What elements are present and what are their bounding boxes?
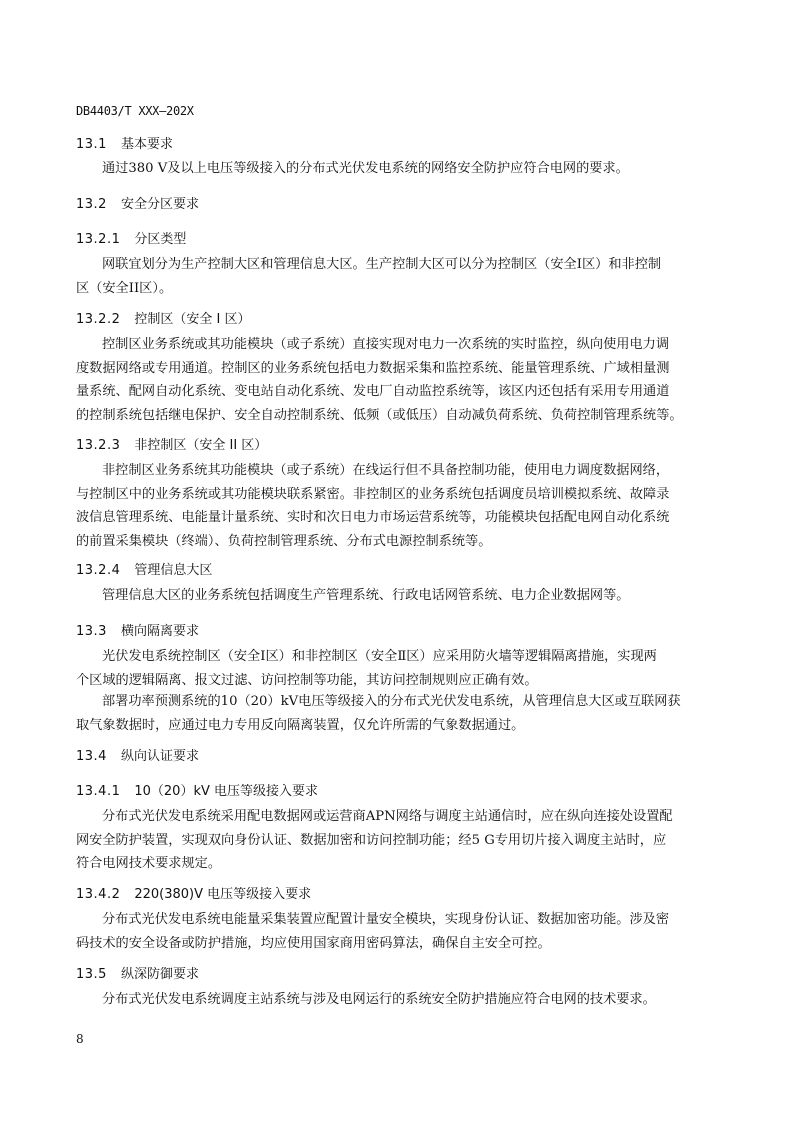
heading-number: 13.3 bbox=[76, 624, 107, 639]
heading-13-4-2: 13.4.2220(380)V 电压等级接入要求 bbox=[76, 883, 311, 902]
text-line: 管理信息大区的业务系统包括调度生产管理系统、行政电话网管系统、电力企业数据网等。 bbox=[76, 584, 700, 608]
text-line: 与控制区中的业务系统或其功能模块联系紧密。非控制区的业务系统包括调度员培训模拟系… bbox=[50, 483, 700, 507]
heading-number: 13.5 bbox=[76, 967, 107, 982]
text-line: 取气象数据时，应通过电力专用反向隔离装置，仅允许所需的气象数据通过。 bbox=[50, 714, 700, 738]
heading-title: 横向隔离要求 bbox=[121, 624, 199, 639]
heading-number: 13.2.3 bbox=[76, 438, 120, 453]
heading-number: 13.4.2 bbox=[76, 887, 120, 902]
text-line: 部署功率预测系统的10（20）kV电压等级接入的分布式光伏发电系统，从管理信息大… bbox=[76, 690, 700, 714]
heading-number: 13.2.1 bbox=[76, 232, 120, 247]
paragraph-13-2-1: 网联宜划分为生产控制大区和管理信息大区。生产控制大区可以分为控制区（安全I区）和… bbox=[76, 253, 700, 300]
text-line: 码技术的安全设备或防护措施，均应使用国家商用密码算法，确保自主安全可控。 bbox=[50, 932, 700, 956]
heading-title: 基本要求 bbox=[121, 137, 173, 152]
heading-number: 13.4.1 bbox=[76, 784, 120, 799]
text-line: 控制区业务系统或其功能模块（或子系统）直接实现对电力一次系统的实时监控，纵向使用… bbox=[76, 333, 700, 357]
heading-number: 13.1 bbox=[76, 137, 107, 152]
text-line: 区（安全II区）。 bbox=[50, 277, 700, 301]
paragraph-13-1: 通过380 V及以上电压等级接入的分布式光伏发电系统的网络安全防护应符合电网的要… bbox=[76, 157, 700, 181]
heading-title: 10（20）kV 电压等级接入要求 bbox=[134, 784, 318, 799]
paragraph-13-5: 分布式光伏发电系统调度主站系统与涉及电网运行的系统安全防护措施应符合电网的技术要… bbox=[76, 988, 700, 1012]
heading-13-2-1: 13.2.1分区类型 bbox=[76, 228, 186, 247]
paragraph-13-3-b: 部署功率预测系统的10（20）kV电压等级接入的分布式光伏发电系统，从管理信息大… bbox=[76, 690, 700, 737]
text-line: 个区域的逻辑隔离、报文过滤、访问控制等功能，其访问控制规则应正确有效。 bbox=[50, 669, 700, 693]
heading-title: 非控制区（安全 II 区） bbox=[134, 438, 267, 453]
heading-title: 纵向认证要求 bbox=[121, 749, 199, 764]
heading-title: 控制区（安全 I 区） bbox=[134, 312, 250, 327]
heading-13-1: 13.1基本要求 bbox=[76, 133, 173, 152]
heading-13-2-3: 13.2.3非控制区（安全 II 区） bbox=[76, 434, 267, 453]
heading-13-5: 13.5纵深防御要求 bbox=[76, 963, 199, 982]
text-line: 分布式光伏发电系统采用配电数据网或运营商APN网络与调度主站通信时，应在纵向连接… bbox=[76, 805, 700, 829]
text-line: 的前置采集模块（终端）、负荷控制管理系统、分布式电源控制系统等。 bbox=[50, 530, 700, 554]
heading-13-4: 13.4纵向认证要求 bbox=[76, 745, 199, 764]
heading-number: 13.2 bbox=[76, 197, 107, 212]
heading-title: 220(380)V 电压等级接入要求 bbox=[134, 887, 311, 902]
paragraph-13-2-4: 管理信息大区的业务系统包括调度生产管理系统、行政电话网管系统、电力企业数据网等。 bbox=[76, 584, 700, 608]
heading-title: 管理信息大区 bbox=[134, 563, 212, 578]
heading-title: 纵深防御要求 bbox=[121, 967, 199, 982]
text-line: 的控制系统包括继电保护、安全自动控制系统、低频（或低压）自动减负荷系统、负荷控制… bbox=[50, 404, 700, 428]
text-line: 光伏发电系统控制区（安全Ⅰ区）和非控制区（安全Ⅱ区）应采用防火墙等逻辑隔离措施，… bbox=[76, 645, 700, 669]
heading-13-3: 13.3横向隔离要求 bbox=[76, 620, 199, 639]
text-line: 非控制区业务系统其功能模块（或子系统）在线运行但不具备控制功能，使用电力调度数据… bbox=[76, 459, 700, 483]
standard-code: DB4403/T XXX—202X bbox=[76, 104, 194, 118]
text-line: 通过380 V及以上电压等级接入的分布式光伏发电系统的网络安全防护应符合电网的要… bbox=[76, 157, 700, 181]
text-line: 波信息管理系统、电能量计量系统、实时和次日电力市场运营系统等，功能模块包括配电网… bbox=[50, 506, 700, 530]
heading-number: 13.4 bbox=[76, 749, 107, 764]
paragraph-13-2-3: 非控制区业务系统其功能模块（或子系统）在线运行但不具备控制功能，使用电力调度数据… bbox=[76, 459, 700, 553]
page-number: 8 bbox=[76, 1032, 84, 1046]
heading-13-4-1: 13.4.110（20）kV 电压等级接入要求 bbox=[76, 780, 318, 799]
text-line: 分布式光伏发电系统电能量采集装置应配置计量安全模块，实现身份认证、数据加密功能。… bbox=[76, 908, 700, 932]
paragraph-13-4-2: 分布式光伏发电系统电能量采集装置应配置计量安全模块，实现身份认证、数据加密功能。… bbox=[76, 908, 700, 955]
text-line: 量系统、配网自动化系统、变电站自动化系统、发电厂自动监控系统等，该区内还包括有采… bbox=[50, 380, 700, 404]
heading-13-2-4: 13.2.4管理信息大区 bbox=[76, 559, 212, 578]
paragraph-13-3-a: 光伏发电系统控制区（安全Ⅰ区）和非控制区（安全Ⅱ区）应采用防火墙等逻辑隔离措施，… bbox=[76, 645, 700, 692]
document-page: DB4403/T XXX—202X 13.1基本要求 通过380 V及以上电压等… bbox=[0, 0, 794, 1123]
heading-title: 分区类型 bbox=[134, 232, 186, 247]
heading-title: 安全分区要求 bbox=[121, 197, 199, 212]
heading-13-2: 13.2安全分区要求 bbox=[76, 193, 199, 212]
text-line: 符合电网技术要求规定。 bbox=[50, 852, 700, 876]
text-line: 网联宜划分为生产控制大区和管理信息大区。生产控制大区可以分为控制区（安全I区）和… bbox=[76, 253, 700, 277]
paragraph-13-2-2: 控制区业务系统或其功能模块（或子系统）直接实现对电力一次系统的实时监控，纵向使用… bbox=[76, 333, 700, 427]
heading-13-2-2: 13.2.2控制区（安全 I 区） bbox=[76, 308, 250, 327]
heading-number: 13.2.4 bbox=[76, 563, 120, 578]
text-line: 网安全防护装置，实现双向身份认证、数据加密和访问控制功能；经5 G专用切片接入调… bbox=[50, 829, 700, 853]
paragraph-13-4-1: 分布式光伏发电系统采用配电数据网或运营商APN网络与调度主站通信时，应在纵向连接… bbox=[76, 805, 700, 876]
text-line: 分布式光伏发电系统调度主站系统与涉及电网运行的系统安全防护措施应符合电网的技术要… bbox=[76, 988, 700, 1012]
text-line: 度数据网络或专用通道。控制区的业务系统包括电力数据采集和监控系统、能量管理系统、… bbox=[50, 357, 700, 381]
heading-number: 13.2.2 bbox=[76, 312, 120, 327]
